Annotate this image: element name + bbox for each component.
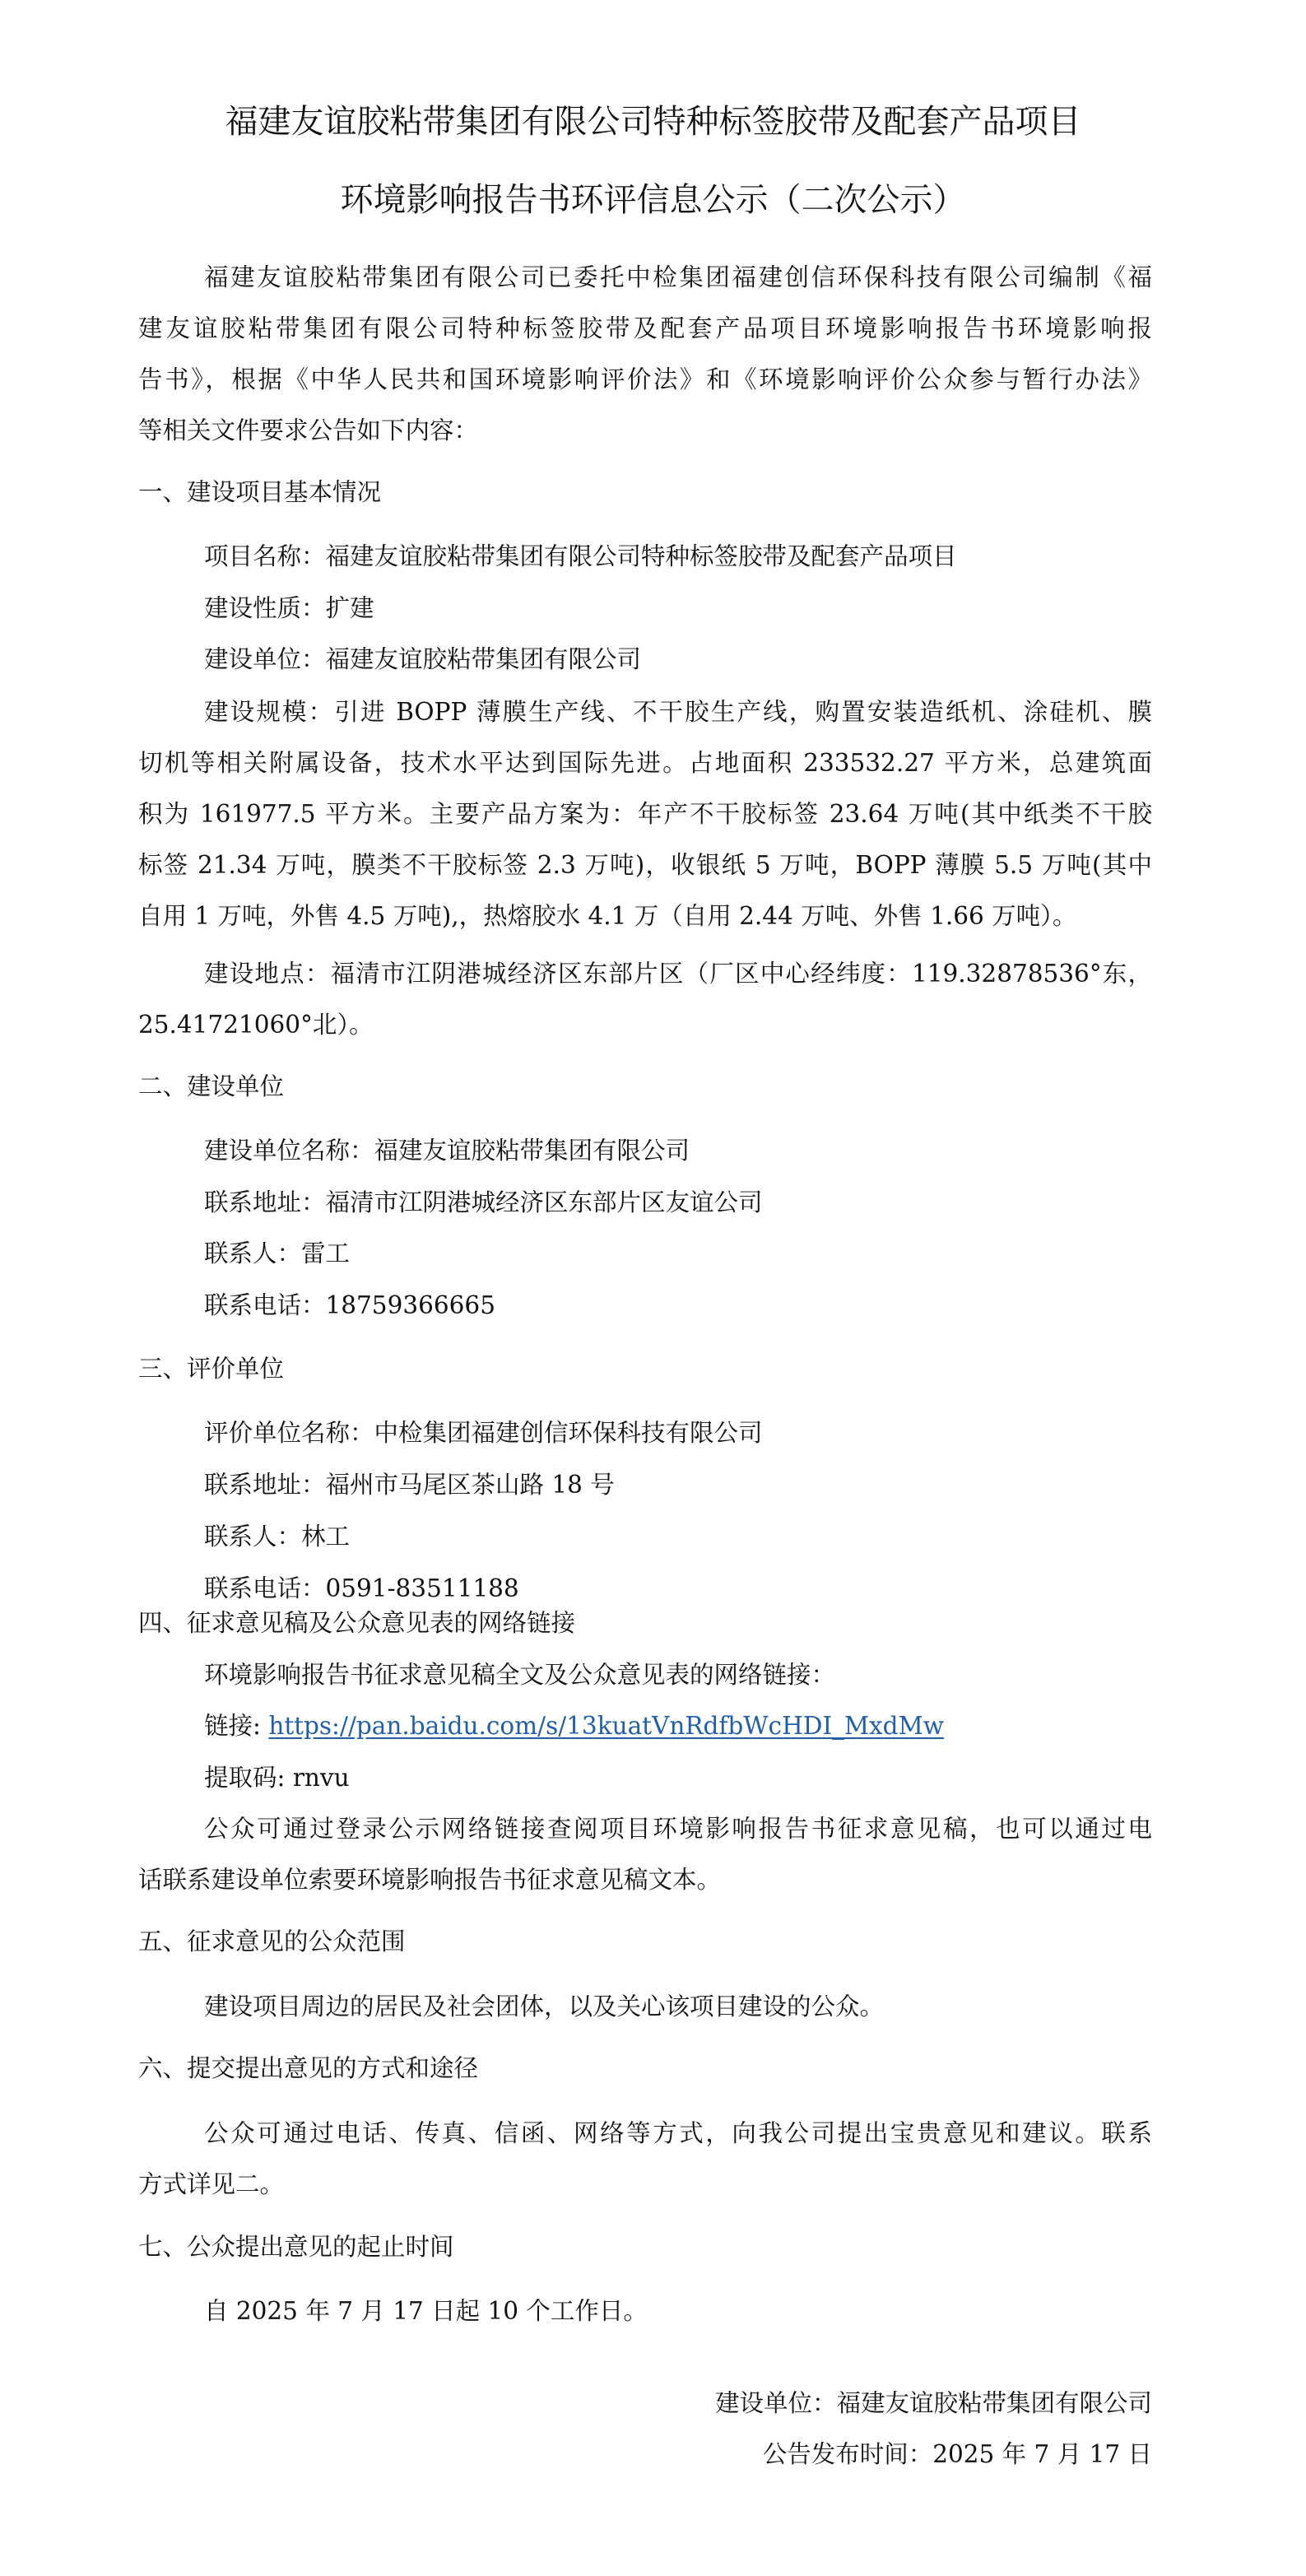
note-line-1: 公众可通过登录公示网络链接查阅项目环境影响报告书征求意见稿，也可以通过电 (204, 1812, 1152, 1845)
link-line: 链接: https://pan.baidu.com/s/13kuatVnRdfb… (204, 1709, 944, 1742)
builder-name: 建设单位名称：福建友谊胶粘带集团有限公司 (204, 1134, 690, 1167)
section4-heading: 四、征求意见稿及公众意见表的网络链接 (138, 1607, 575, 1639)
note-line-2: 话联系建设单位索要环境影响报告书征求意见稿文本。 (138, 1863, 721, 1896)
section5-heading: 五、征求意见的公众范围 (138, 1925, 406, 1958)
public-scope-text: 建设项目周边的居民及社会团体，以及关心该项目建设的公众。 (204, 1990, 884, 2023)
scale-line-2: 切机等相关附属设备，技术水平达到国际先进。占地面积 233532.27 平方米，… (138, 746, 1152, 779)
evaluator-contact: 联系人：林工 (204, 1520, 350, 1553)
location-line-1: 建设地点：福清市江阴港城经济区东部片区（厂区中心经纬度：119.32878536… (204, 957, 1152, 990)
section2-heading: 二、建设单位 (138, 1070, 284, 1103)
scale-line-3: 积为 161977.5 平方米。主要产品方案为：年产不干胶标签 23.64 万吨… (138, 797, 1152, 830)
section6-heading: 六、提交提出意见的方式和途径 (138, 2052, 478, 2085)
method-line-2: 方式详见二。 (138, 2168, 284, 2201)
evaluator-name: 评价单位名称：中检集团福建创信环保科技有限公司 (204, 1416, 763, 1449)
scale-line-5: 自用 1 万吨，外售 4.5 万吨),，热熔胶水 4.1 万（自用 2.44 万… (138, 900, 1076, 932)
link-description: 环境影响报告书征求意见稿全文及公众意见表的网络链接： (204, 1658, 835, 1691)
footer-date: 公告发布时间：2025 年 7 月 17 日 (763, 2438, 1152, 2471)
section3-heading: 三、评价单位 (138, 1352, 284, 1385)
evaluator-phone: 联系电话：0591-83511188 (204, 1572, 519, 1605)
builder-address: 联系地址：福清市江阴港城经济区东部片区友谊公司 (204, 1186, 763, 1219)
title-line-2: 环境影响报告书环评信息公示（二次公示） (0, 179, 1306, 221)
intro-line-4: 等相关文件要求公告如下内容： (138, 414, 478, 447)
intro-line-2: 建友谊胶粘带集团有限公司特种标签胶带及配套产品项目环境影响报告书环境影响报 (138, 312, 1152, 345)
location-line-2: 25.41721060°北）。 (138, 1008, 374, 1041)
scale-line-1: 建设规模：引进 BOPP 薄膜生产线、不干胶生产线，购置安装造纸机、涂硅机、膜 (204, 695, 1152, 728)
intro-line-3: 告书》，根据《中华人民共和国环境影响评价法》和《环境影响评价公众参与暂行办法》 (138, 363, 1152, 396)
project-unit: 建设单位：福建友谊胶粘带集团有限公司 (204, 643, 641, 676)
method-line-1: 公众可通过电话、传真、信函、网络等方式，向我公司提出宝贵意见和建议。联系 (204, 2117, 1152, 2150)
link-label: 链接: (204, 1712, 268, 1740)
period-text: 自 2025 年 7 月 17 日起 10 个工作日。 (204, 2295, 648, 2327)
section1-heading: 一、建设项目基本情况 (138, 476, 381, 509)
builder-phone: 联系电话：18759366665 (204, 1289, 495, 1322)
title-line-1: 福建友谊胶粘带集团有限公司特种标签胶带及配套产品项目 (0, 101, 1306, 142)
section7-heading: 七、公众提出意见的起止时间 (138, 2230, 454, 2263)
scale-line-4: 标签 21.34 万吨，膜类不干胶标签 2.3 万吨)，收银纸 5 万吨，BOP… (138, 849, 1152, 881)
evaluator-address: 联系地址：福州市马尾区茶山路 18 号 (204, 1468, 615, 1501)
extraction-code: 提取码: rnvu (204, 1761, 350, 1794)
project-name: 项目名称：福建友谊胶粘带集团有限公司特种标签胶带及配套产品项目 (204, 540, 957, 573)
builder-contact: 联系人：雷工 (204, 1237, 350, 1270)
document-page: 福建友谊胶粘带集团有限公司特种标签胶带及配套产品项目 环境影响报告书环评信息公示… (0, 0, 1306, 2576)
project-nature: 建设性质：扩建 (204, 592, 374, 625)
footer-unit: 建设单位：福建友谊胶粘带集团有限公司 (715, 2387, 1152, 2420)
intro-line-1: 福建友谊胶粘带集团有限公司已委托中检集团福建创信环保科技有限公司编制《福 (204, 261, 1152, 294)
download-link[interactable]: https://pan.baidu.com/s/13kuatVnRdfbWcHD… (268, 1712, 944, 1740)
